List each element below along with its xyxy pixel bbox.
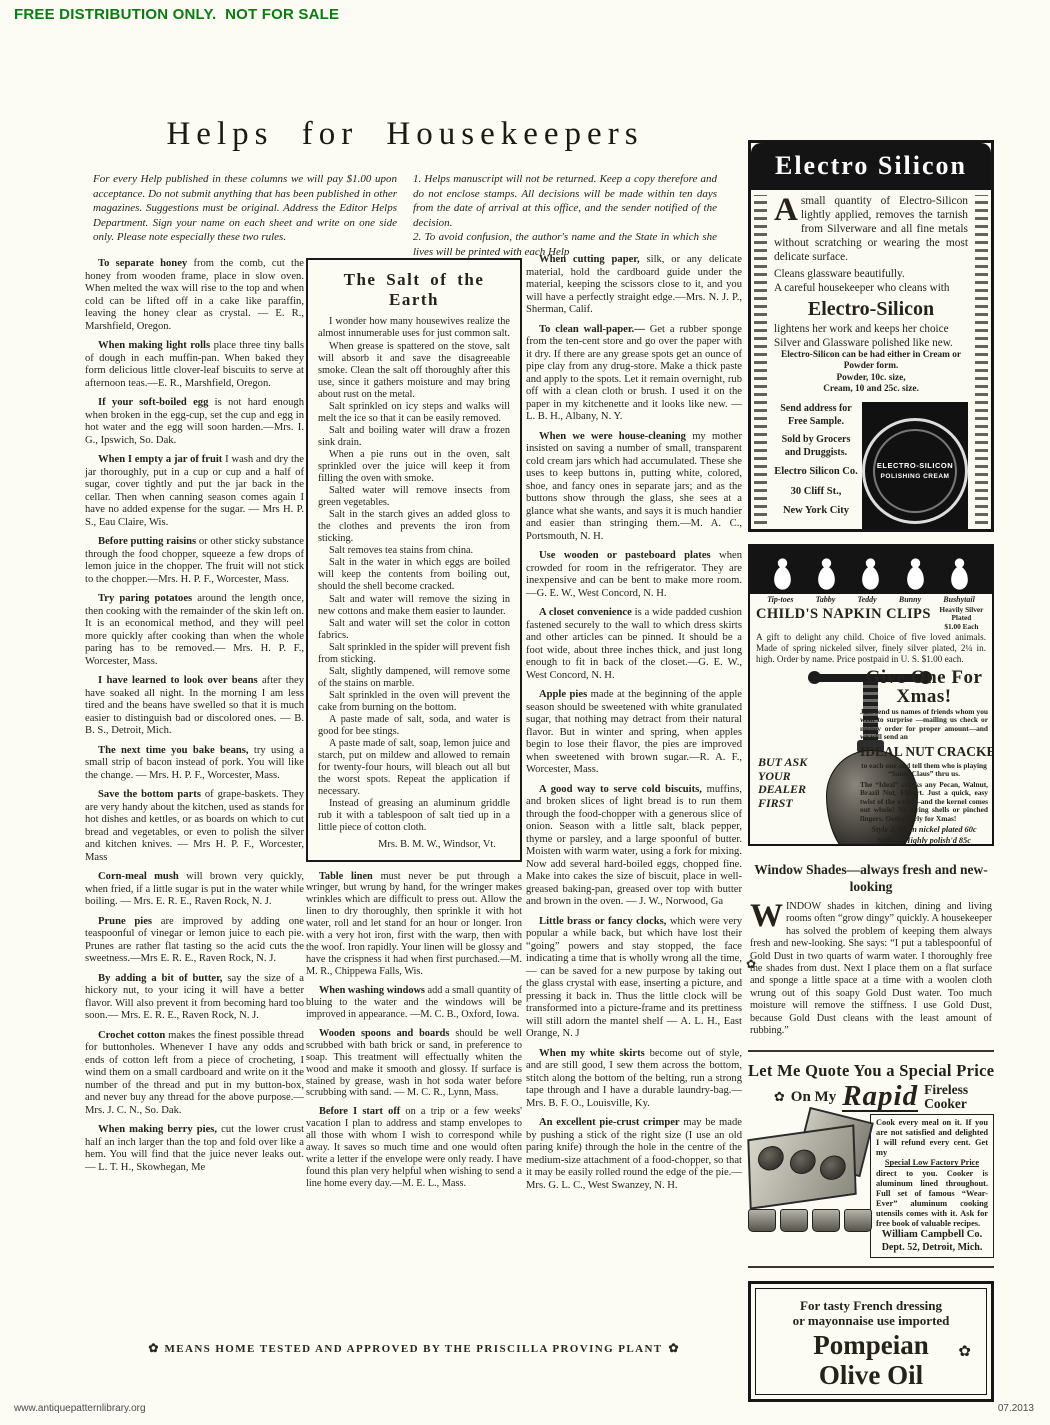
ad-copy: direct to you. Cooker is aluminum lined …: [876, 1169, 988, 1229]
polish-tin-illustration: ELECTRO-SILICON POLISHING CREAM: [862, 402, 968, 532]
style-price: Style 2, Plain nickel plated 60c: [860, 825, 988, 835]
salt-article-paragraph: Salt and water will set the color in cot…: [318, 618, 510, 642]
tip-lead: When I empty a jar of fruit: [98, 454, 222, 465]
tip-text: which were very popular a while back, bu…: [526, 916, 742, 1040]
advertisement-column: Electro Silicon Asmall quantity of Elect…: [748, 140, 994, 1402]
salt-article-paragraph: Salt and boiling water will draw a froze…: [318, 425, 510, 449]
electro-silicon-banner: Electro Silicon: [751, 143, 991, 190]
tin-label: ELECTRO-SILICON: [877, 461, 953, 470]
column-middle: The Salt of the Earth I wonder how many …: [306, 258, 522, 1197]
tip-lead: Apple pies: [539, 689, 587, 700]
product-name: Fireless: [924, 1082, 968, 1097]
brand-name: Olive Oil: [761, 1361, 981, 1389]
style-price: Style 4, Highly polish'd 85c: [860, 836, 988, 846]
salt-article-box: The Salt of the Earth I wonder how many …: [306, 258, 522, 862]
ad-copy: A careful housekeeper who cleans with: [774, 281, 968, 295]
tip-lead: To separate honey: [98, 258, 187, 269]
tip-lead: When making berry pies,: [98, 1124, 217, 1135]
animal-name: Bushytail: [943, 595, 975, 604]
rosette-icon: ✿: [958, 1342, 971, 1361]
company-name: Electro Silicon Co.: [774, 465, 858, 479]
tip-text: is a wide padded cushion fastened secure…: [526, 607, 742, 681]
tip-text: from the comb, cut the honey from wooden…: [85, 258, 304, 332]
tip-lead: Crochet cotton: [98, 1030, 165, 1041]
tip-lead: Wooden spoons and boards: [319, 1028, 449, 1039]
price-info: Electro-Silicon can be had either in Cre…: [774, 350, 968, 373]
animal-name: Bunny: [899, 595, 921, 604]
housekeeping-tip: When making berry pies, cut the lower cr…: [85, 1124, 304, 1174]
pompeian-olive-oil-ad: For tasty French dressing or mayonnaise …: [748, 1281, 994, 1403]
tip-lead: If your soft-boiled egg: [98, 397, 208, 408]
column-middle-tips: Table linen must never be put through a …: [306, 871, 522, 1190]
housekeeping-tip: To separate honey from the comb, cut the…: [85, 258, 304, 333]
brand-name: Rapid: [842, 1083, 918, 1113]
housekeeping-tip: When washing windows add a small quantit…: [306, 985, 522, 1021]
tip-lead: I have learned to look over beans: [98, 675, 258, 686]
ad-headline: CHILD'S NAPKIN CLIPS: [756, 606, 931, 623]
xmas-headline: Give One For Xmas!: [860, 668, 988, 706]
housekeeping-tip: Crochet cotton makes the finest possible…: [85, 1030, 304, 1118]
ad-copy: lightens her work and keeps her choice S…: [774, 322, 968, 350]
ad-copy: or mayonnaise use imported: [761, 1313, 981, 1329]
tin-label: POLISHING CREAM: [881, 473, 950, 480]
animal-names-row: Tip-toesTabbyTeddyBunnyBushytail: [750, 594, 992, 605]
housekeeping-tip: To clean wall-paper.— Get a rubber spong…: [526, 324, 742, 424]
tip-lead: When cutting paper,: [539, 254, 640, 265]
housekeeping-tip: I have learned to look over beans after …: [85, 675, 304, 738]
tip-text: may be made by pushing a stick of the ri…: [526, 1117, 742, 1191]
tip-lead: A good way to serve cold biscuits,: [539, 784, 702, 795]
salt-article-paragraph: I wonder how many housewives realize the…: [318, 316, 510, 340]
housekeeping-tip: Wooden spoons and boards should be well …: [306, 1028, 522, 1100]
salt-article-title: The Salt of the Earth: [318, 270, 510, 309]
company-address: Dept. 52, Detroit, Mich.: [876, 1242, 988, 1254]
tip-text: I wash and dry the jar thoroughly, put i…: [85, 454, 304, 528]
ad-copy: A gift to delight any child. Choice of f…: [756, 632, 986, 665]
housekeeping-tip: Before putting raisins or other sticky s…: [85, 536, 304, 586]
housekeeping-tip: An excellent pie-crust crimper may be ma…: [526, 1117, 742, 1192]
housekeeping-tip: A good way to serve cold biscuits, muffi…: [526, 784, 742, 909]
priscilla-seal-icon: ✿: [663, 1341, 685, 1355]
price: $1.00 Each: [944, 622, 978, 631]
brand-name: Electro-Silicon: [774, 298, 968, 321]
ad-copy: to each one and tell them who is playing…: [860, 762, 988, 779]
tip-lead: When making light rolls: [98, 340, 210, 351]
column-left: To separate honey from the comb, cut the…: [85, 258, 304, 1181]
tip-text: made at the beginning of the apple seaso…: [526, 689, 742, 775]
housekeeping-tip: If your soft-boiled egg is not hard enou…: [85, 397, 304, 447]
animal-silhouette-icon: [770, 557, 795, 591]
salt-article-paragraph: Salted water will remove insects from gr…: [318, 485, 510, 509]
housekeeping-tip: Apple pies made at the beginning of the …: [526, 689, 742, 777]
housekeeping-tip: Prune pies are improved by adding one te…: [85, 916, 304, 966]
tip-lead: When washing windows: [319, 985, 425, 996]
salt-article-signature: Mrs. B. M. W., Windsor, Vt.: [318, 839, 510, 851]
fireless-cooker-illustration: [748, 1114, 866, 1232]
housekeeping-tip: Try paring potatoes around the length on…: [85, 593, 304, 668]
tip-text: Get a rubber sponge from the ten-cent st…: [526, 324, 742, 423]
animal-silhouette-icon: [814, 557, 839, 591]
housekeeping-tip: Before I start off on a trip or a few we…: [306, 1106, 522, 1190]
ad-copy: On My: [791, 1089, 836, 1106]
tip-text: makes the finest possible thread for but…: [85, 1030, 304, 1116]
editorial-rules: For every Help published in these column…: [93, 172, 717, 259]
ad-headline: Window Shades—always fresh and new-looki…: [750, 862, 992, 896]
housekeeping-tip: Table linen must never be put through a …: [306, 871, 522, 978]
housekeeping-tip: Little brass or fancy clocks, which were…: [526, 916, 742, 1041]
tip-lead: By adding a bit of butter,: [98, 973, 222, 984]
tip-text: muffins, and broken slices of light brea…: [526, 784, 742, 908]
housekeeping-tip: Corn-meal mush will brown very quickly, …: [85, 871, 304, 909]
magazine-page: FREE DISTRIBUTION ONLY. NOT FOR SALE Hel…: [0, 0, 1050, 1425]
salt-article-paragraph: Salt removes tea stains from china.: [318, 545, 510, 557]
housekeeping-tip: When we were house-cleaning my mother in…: [526, 431, 742, 544]
tip-lead: When my white skirts: [539, 1048, 645, 1059]
archive-url: www.antiquepatternlibrary.org: [14, 1403, 146, 1414]
animal-name: Tabby: [816, 595, 836, 604]
salt-article-paragraph: A paste made of salt, soda, and water is…: [318, 714, 510, 738]
product-name: Cooker: [924, 1096, 967, 1111]
drop-cap: A: [774, 197, 798, 223]
tip-text: my mother insisted on saving a number of…: [526, 431, 742, 542]
salt-article-paragraph: Salt in the starch gives an added gloss …: [318, 509, 510, 545]
tip-text: of grape-baskets. They are very handy ab…: [85, 789, 304, 863]
housekeeping-tip: Use wooden or pasteboard plates when cro…: [526, 550, 742, 600]
salt-article-paragraph: Instead of greasing an aluminum griddle …: [318, 798, 510, 834]
tip-text: must never be put through a wringer, but…: [306, 871, 522, 978]
ad-copy: Cleans glassware beautifully.: [774, 267, 968, 281]
housekeeping-tip: When I empty a jar of fruit I wash and d…: [85, 454, 304, 529]
price-info: Powder, 10c. size,: [774, 373, 968, 385]
animal-name: Teddy: [857, 595, 876, 604]
salt-article-paragraph: Salt sprinkled in the spider will preven…: [318, 642, 510, 666]
filigree-border-left: [754, 195, 767, 524]
proving-plant-text: MEANS HOME TESTED AND APPROVED BY THE PR…: [164, 1343, 662, 1355]
ad-copy: The “Ideal” cracks any Pecan, Walnut, Br…: [860, 781, 988, 824]
product-name: IDEAL NUT CRACKER: [860, 744, 988, 760]
company-name: William Campbell Co.: [876, 1229, 988, 1242]
housekeeping-tip: Save the bottom parts of grape-baskets. …: [85, 789, 304, 864]
housekeeping-tip: When making light rolls place three tiny…: [85, 340, 304, 390]
tip-lead: Little brass or fancy clocks,: [539, 916, 666, 927]
tip-lead: An excellent pie-crust crimper: [539, 1117, 680, 1128]
ad-copy: INDOW shades in kitchen, dining and livi…: [750, 901, 992, 1036]
tip-lead: Table linen: [319, 871, 373, 882]
animal-silhouettes-banner: [750, 546, 992, 594]
ad-headline: Let Me Quote You a Special Price: [748, 1061, 994, 1081]
distribution-notice: FREE DISTRIBUTION ONLY. NOT FOR SALE: [14, 6, 339, 23]
ad-copy: Cook every meal on it. If you are not sa…: [876, 1118, 988, 1158]
animal-silhouette-icon: [947, 557, 972, 591]
salt-article-paragraphs: I wonder how many housewives realize the…: [318, 316, 510, 834]
tip-lead: Use wooden or pasteboard plates: [539, 550, 711, 561]
salt-article-paragraph: Salt in the water in which eggs are boil…: [318, 557, 510, 593]
price-info: Cream, 10 and 25c. size.: [774, 384, 968, 396]
salt-article-paragraph: Salt, slightly dampened, will remove som…: [318, 666, 510, 690]
tip-text: on a trip or a few weeks' vacation I pla…: [306, 1106, 522, 1189]
housekeeping-tip: When cutting paper, silk, or any delicat…: [526, 254, 742, 317]
offer-line: Special Low Factory Price: [876, 1158, 988, 1168]
animal-silhouette-icon: [903, 557, 928, 591]
company-address: New York City: [774, 504, 858, 518]
tip-lead: Before I start off: [319, 1106, 400, 1117]
electro-silicon-ad: Electro Silicon Asmall quantity of Elect…: [748, 140, 994, 532]
ad-copy: For tasty French dressing: [761, 1298, 981, 1314]
dealer-note: BUT ASK YOUR DEALER FIRST: [758, 756, 818, 811]
napkin-clips-nutcracker-ad: Tip-toesTabbyTeddyBunnyBushytail CHILD'S…: [748, 544, 994, 846]
free-sample-offer: Send address for Free Sample.: [780, 403, 852, 427]
housekeeping-tip: The next time you bake beans, try using …: [85, 745, 304, 783]
priscilla-seal-icon: ✿: [142, 1341, 164, 1355]
filigree-border-right: [975, 195, 988, 524]
tip-lead: Save the bottom parts: [98, 789, 201, 800]
housekeeping-tip: When my white skirts become out of style…: [526, 1048, 742, 1111]
scan-date: 07.2013: [998, 1403, 1034, 1414]
window-shades-ad: Window Shades—always fresh and new-looki…: [748, 856, 994, 1052]
brand-name: Pompeian: [761, 1331, 981, 1359]
salt-article-paragraph: When grease is spattered on the stove, s…: [318, 341, 510, 401]
tip-lead: A closet convenience: [539, 607, 632, 618]
sold-by-note: Sold by Grocers and Druggists.: [774, 433, 858, 459]
rapid-cooker-ad: Let Me Quote You a Special Price ✿ On My…: [748, 1061, 994, 1268]
tip-lead: Prune pies: [98, 916, 152, 927]
salt-article-paragraph: When a pie runs out in the oven, salt sp…: [318, 449, 510, 485]
housekeeping-tip: A closet convenience is a wide padded cu…: [526, 607, 742, 682]
price-note: Heavily Silver Plated: [939, 605, 983, 622]
salt-article-paragraph: Salt sprinkled on icy steps and walks wi…: [318, 401, 510, 425]
tip-lead: When we were house-cleaning: [539, 431, 686, 442]
animal-silhouette-icon: [858, 557, 883, 591]
column-right: When cutting paper, silk, or any delicat…: [526, 254, 742, 1199]
tip-lead: Before putting raisins: [98, 536, 196, 547]
rosette-icon: ✿: [746, 957, 756, 972]
page-title: Helps for Housekeepers: [85, 116, 725, 153]
drop-cap: W: [750, 903, 783, 929]
tip-lead: Corn-meal mush: [98, 871, 179, 882]
ad-copy: small quantity of Electro-Silicon lightl…: [774, 195, 968, 263]
company-address: 30 Cliff St.,: [774, 485, 858, 499]
proving-plant-line: ✿MEANS HOME TESTED AND APPROVED BY THE P…: [85, 1341, 742, 1356]
tip-lead: Try paring potatoes: [98, 593, 192, 604]
salt-article-paragraph: A paste made of salt, soap, lemon juice …: [318, 738, 510, 798]
salt-article-paragraph: Salt and water will remove the sizing in…: [318, 594, 510, 618]
editorial-rules-left: For every Help published in these column…: [93, 172, 397, 259]
rosette-icon: ✿: [774, 1089, 785, 1105]
tip-text: around the length once, then cooking wit…: [85, 593, 304, 667]
tip-lead: The next time you bake beans,: [98, 745, 249, 756]
animal-name: Tip-toes: [767, 595, 793, 604]
editorial-rules-right: 1. Helps manuscript will not be returned…: [413, 172, 717, 259]
tip-lead: To clean wall-paper.—: [539, 324, 645, 335]
salt-article-paragraph: Salt sprinkled in the oven will prevent …: [318, 690, 510, 714]
electro-silicon-body: Asmall quantity of Electro-Silicon light…: [774, 195, 968, 532]
ad-copy: Just send us names of friends whom you w…: [860, 708, 988, 742]
housekeeping-tip: By adding a bit of butter, say the size …: [85, 973, 304, 1023]
